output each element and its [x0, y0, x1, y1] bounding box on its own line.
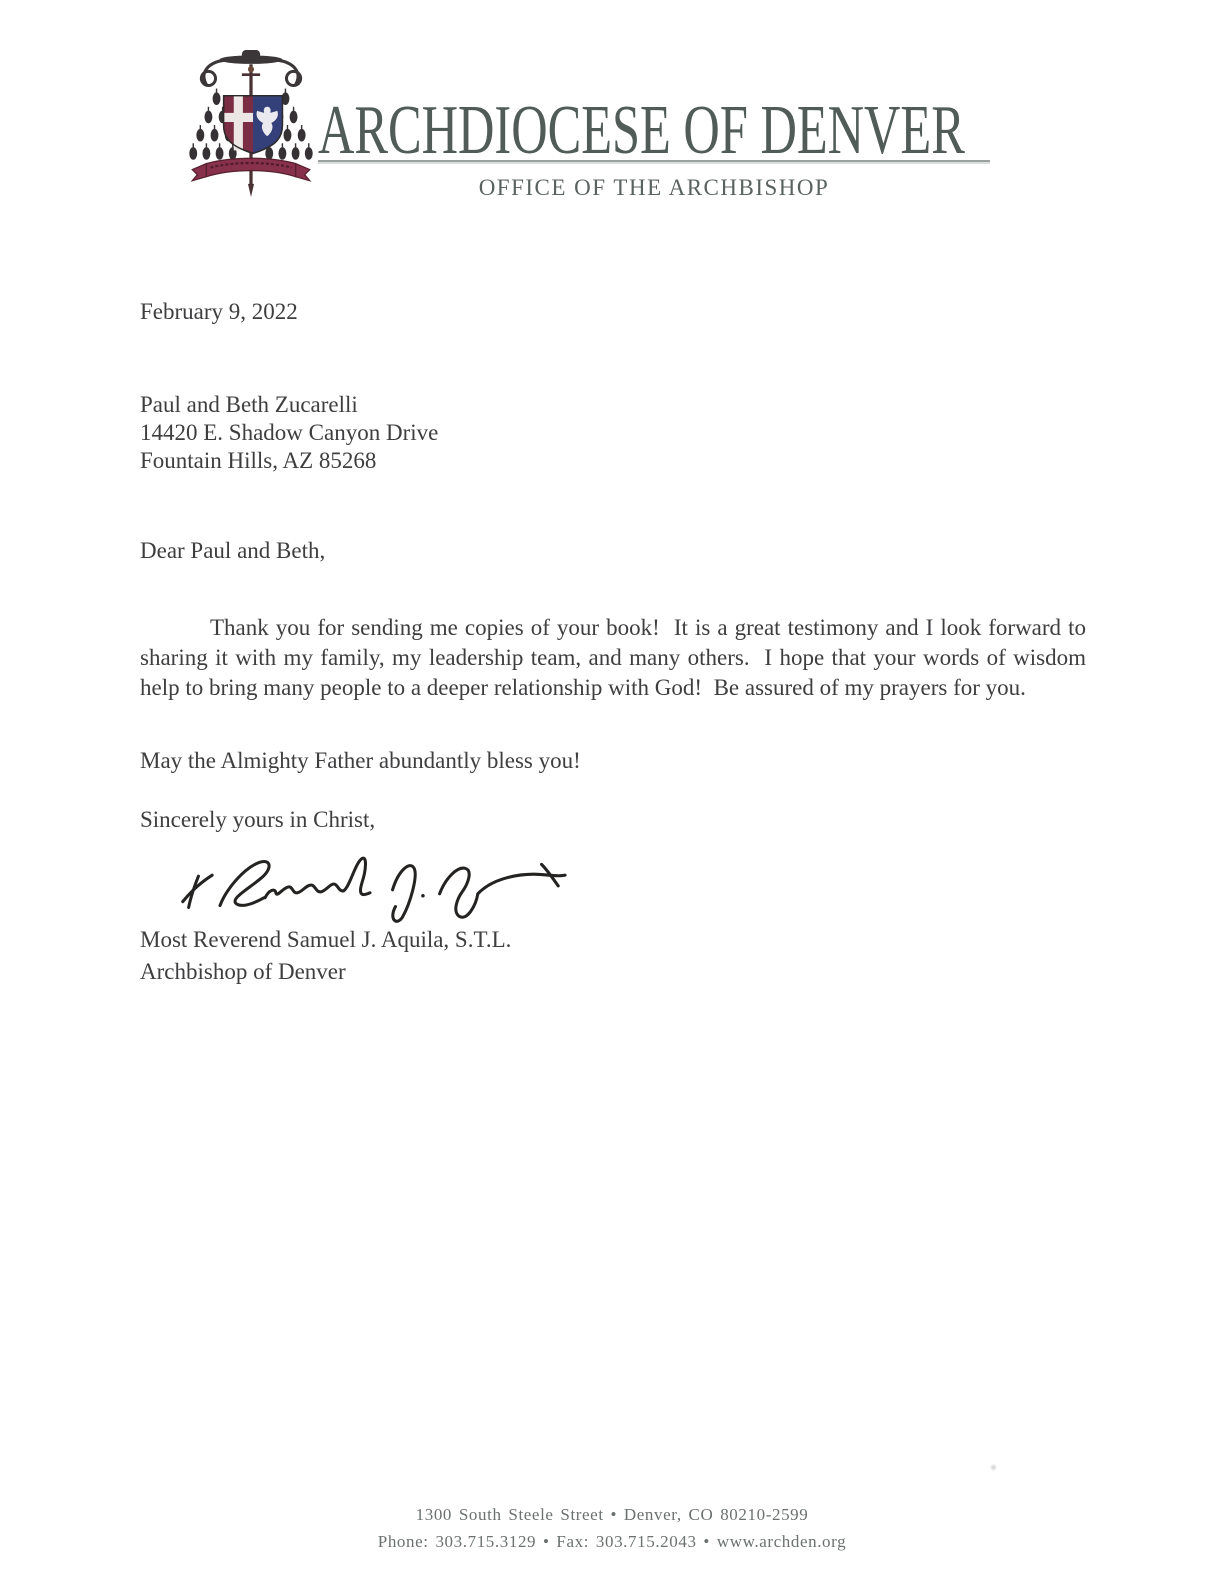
galero-hat-icon [220, 50, 283, 64]
office-subtitle: OFFICE OF THE ARCHBISHOP [318, 175, 990, 201]
blessing-line: May the Almighty Father abundantly bless… [140, 747, 581, 775]
scan-artifact-dot [990, 1464, 997, 1471]
signature-block: Most Reverend Samuel J. Aquila, S.T.L. A… [140, 924, 511, 988]
salutation: Dear Paul and Beth, [140, 537, 325, 565]
body-paragraph: Thank you for sending me copies of your … [140, 613, 1086, 703]
footer-contact-line: Phone: 303.715.3129 • Fax: 303.715.2043 … [0, 1528, 1224, 1555]
masthead-divider [318, 160, 990, 162]
letter-date: February 9, 2022 [140, 298, 298, 326]
signer-title: Archbishop of Denver [140, 956, 511, 988]
recipient-city-state-zip: Fountain Hills, AZ 85268 [140, 447, 438, 475]
archdiocese-crest-icon [186, 46, 316, 198]
footer-address-line: 1300 South Steele Street • Denver, CO 80… [0, 1501, 1224, 1528]
letterhead-footer: 1300 South Steele Street • Denver, CO 80… [0, 1501, 1224, 1555]
recipient-name: Paul and Beth Zucarelli [140, 391, 438, 419]
scanned-letter-page: ARCHDIOCESE OF DENVER OFFICE OF THE ARCH… [0, 0, 1224, 1584]
recipient-street: 14420 E. Shadow Canyon Drive [140, 419, 438, 447]
closing-line: Sincerely yours in Christ, [140, 806, 375, 834]
signer-name: Most Reverend Samuel J. Aquila, S.T.L. [140, 924, 511, 956]
organization-title: ARCHDIOCESE OF DENVER [318, 96, 965, 166]
handwritten-signature [168, 833, 572, 933]
recipient-address-block: Paul and Beth Zucarelli 14420 E. Shadow … [140, 391, 438, 475]
